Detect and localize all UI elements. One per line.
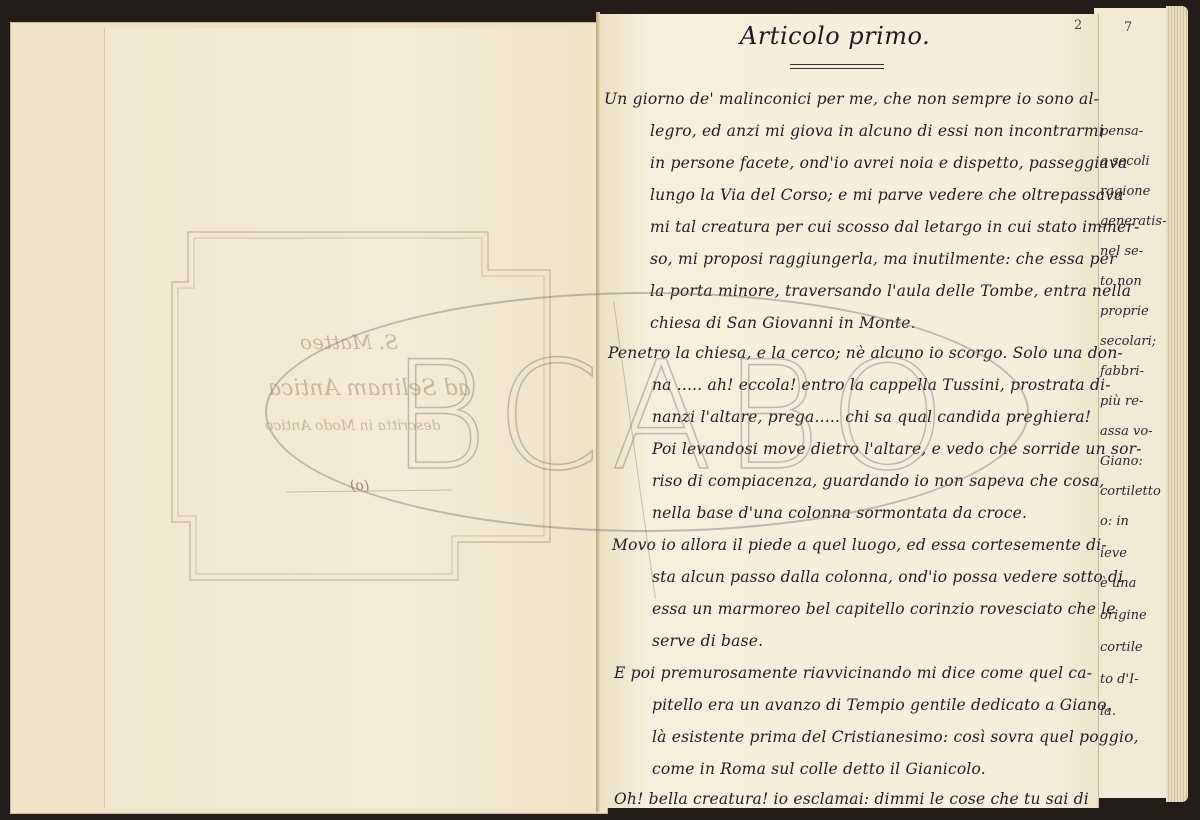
text-line: nanzi l'altare, prega..... chi sa qual c… bbox=[652, 408, 1091, 426]
bleed-through-line: ad Selinam Antica bbox=[268, 376, 471, 401]
text-line: legro, ed anzi mi giova in alcuno di ess… bbox=[650, 122, 1104, 140]
text-line: sta alcun passo dalla colonna, ond'io po… bbox=[652, 568, 1123, 586]
page-edges bbox=[1166, 6, 1188, 802]
text-line: in persone facete, ond'io avrei noia e d… bbox=[650, 154, 1127, 172]
edge-line: proprie bbox=[1100, 304, 1149, 319]
text-line: pitello era un avanzo di Tempio gentile … bbox=[652, 696, 1112, 714]
text-line: Oh! bella creatura! io esclamai: dimmi l… bbox=[614, 790, 1089, 808]
text-line: serve di base. bbox=[652, 632, 763, 650]
edge-line: cortiletto bbox=[1100, 484, 1161, 499]
text-line: come in Roma sul colle detto il Gianicol… bbox=[652, 760, 986, 778]
edge-line: assa vo- bbox=[1100, 424, 1153, 439]
text-line: so, mi proposi raggiungerla, ma inutilme… bbox=[650, 250, 1117, 268]
text-line: nella base d'una colonna sormontata da c… bbox=[652, 504, 1027, 522]
text-line: E poi premurosamente riavvicinando mi di… bbox=[614, 664, 1092, 682]
text-line: Un giorno de' malinconici per me, che no… bbox=[604, 90, 1099, 108]
text-line: na ..... ah! eccola! entro la cappella T… bbox=[652, 376, 1111, 394]
text-line: mi tal creatura per cui scosso dal letar… bbox=[650, 218, 1139, 236]
bleed-through-title-frame bbox=[166, 222, 556, 584]
text-line: chiesa di San Giovanni in Monte. bbox=[650, 314, 916, 332]
page-number: 2 bbox=[1074, 18, 1082, 33]
edge-line: più re- bbox=[1100, 394, 1143, 409]
text-line: la porta minore, traversando l'aula dell… bbox=[650, 282, 1131, 300]
edge-line: to d'I- bbox=[1100, 672, 1139, 687]
bleed-through-line: descritta in Modo Antico bbox=[265, 418, 441, 434]
text-line: là esistente prima del Cristianesimo: co… bbox=[652, 728, 1139, 746]
text-line: lungo la Via del Corso; e mi parve veder… bbox=[650, 186, 1124, 204]
bleed-through-line: S. Matteo bbox=[300, 330, 398, 354]
underlying-page-number: 7 bbox=[1124, 20, 1132, 35]
edge-line: o: in bbox=[1100, 514, 1129, 529]
gutter bbox=[596, 12, 600, 812]
page-title: Articolo primo. bbox=[740, 22, 930, 50]
title-underline bbox=[790, 64, 884, 69]
edge-line: pensa- bbox=[1100, 124, 1143, 139]
text-line: Penetro la chiesa, e la cerco; nè alcuno… bbox=[608, 344, 1123, 362]
text-line: essa un marmoreo bel capitello corinzio … bbox=[652, 600, 1116, 618]
text-line: Movo io allora il piede a quel luogo, ed… bbox=[612, 536, 1107, 554]
text-line: riso di compiacenza, guardando io non sa… bbox=[652, 472, 1105, 490]
edge-line: cortile bbox=[1100, 640, 1143, 655]
text-line: Poi levandosi move dietro l'altare, e ve… bbox=[652, 440, 1142, 458]
ornament: (o) bbox=[350, 478, 369, 494]
